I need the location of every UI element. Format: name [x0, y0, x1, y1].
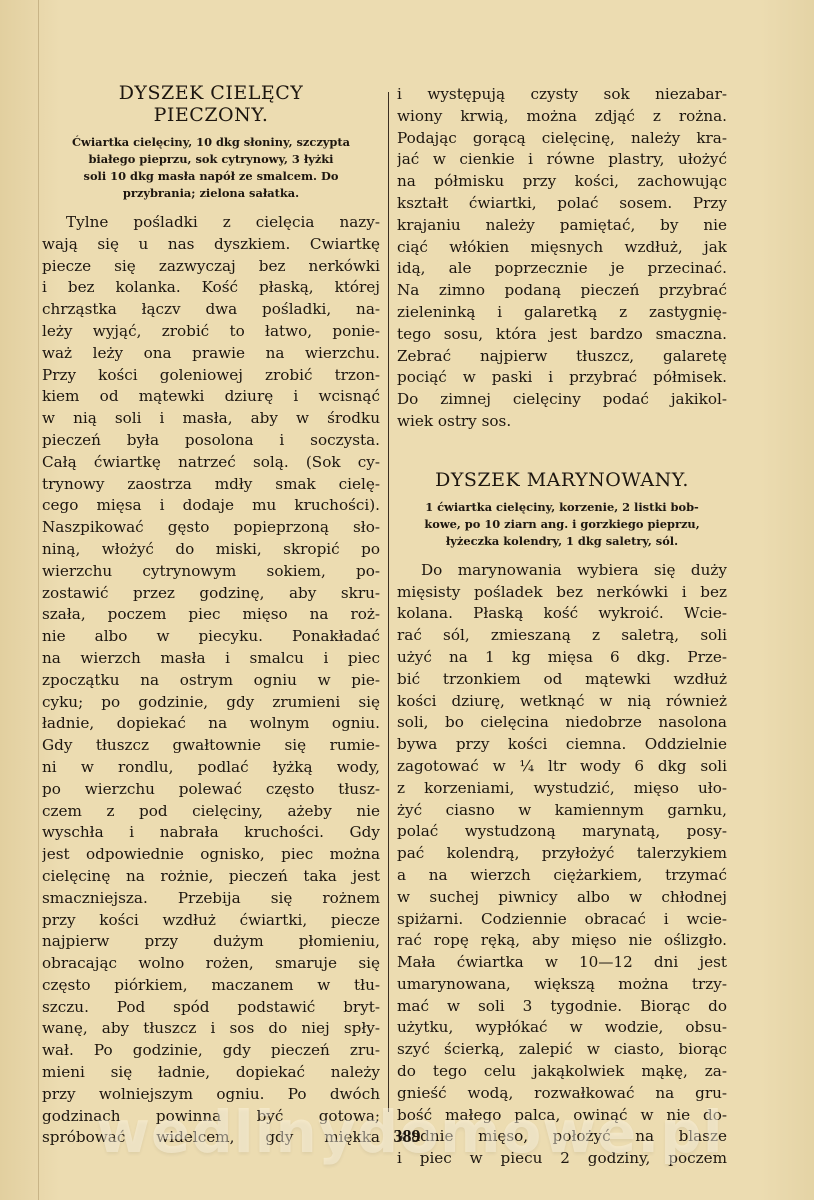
- text-line: na wierzch masła i smalcu i piec: [42, 648, 380, 670]
- text-line: krajaniu należy pamiętać, by nie: [397, 215, 727, 237]
- text-line: w suchej piwnicy albo w chłodnej: [397, 887, 727, 909]
- text-line: pieczeń była posolona i soczysta.: [42, 430, 380, 452]
- text-line: ciąć włókien mięsnych wzdłuż, jak: [397, 237, 727, 259]
- text-line: godzinach powinna być gotowa;: [42, 1106, 380, 1128]
- text-line: kości dziurę, wetknąć w nią również: [397, 691, 727, 713]
- text-line: Tylne pośladki z cielęcia nazy-: [42, 212, 380, 234]
- text-line: Całą ćwiartkę natrzeć solą. (Sok cy-: [42, 452, 380, 474]
- text-line: czem z pod cielęciny, ażeby nie: [42, 801, 380, 823]
- recipe-1-title: DYSZEK CIELĘCY PIECZONY.: [42, 82, 380, 126]
- text-line: żyć ciasno w kamiennym garnku,: [397, 800, 727, 822]
- recipe-1-body: Tylne pośladki z cielęcia nazy-wają się …: [42, 212, 380, 1149]
- recipe-1-title-line-1: DYSZEK CIELĘCY: [119, 82, 304, 104]
- text-line: obracając wolno rożen, smaruje się: [42, 953, 380, 975]
- recipe-1-continuation: i występują czysty sok niezabar-wiony kr…: [397, 84, 727, 433]
- text-line: chrząstka łączv dwa pośladki, na-: [42, 299, 380, 321]
- page-fold-line: [38, 0, 39, 1200]
- text-line: przy wolniejszym ogniu. Po dwóch: [42, 1084, 380, 1106]
- text-line: spiżarni. Codziennie obracać i wcie-: [397, 909, 727, 931]
- text-line: bić trzonkiem od mątewki wzdłuż: [397, 669, 727, 691]
- left-column: DYSZEK CIELĘCY PIECZONY. Ćwiartka cielęc…: [42, 82, 380, 1149]
- text-line: Przy kości goleniowej zrobić trzon-: [42, 365, 380, 387]
- ingredients-line: łyżeczka kolendry, 1 dkg saletry, sól.: [397, 533, 727, 550]
- text-line: trynowy zaostrza mdły smak cielę-: [42, 474, 380, 496]
- right-column: i występują czysty sok niezabar-wiony kr…: [397, 84, 727, 1170]
- text-line: kolana. Płaską kość wykroić. Wcie-: [397, 603, 727, 625]
- text-line: wiony krwią, można zdjąć z rożna.: [397, 106, 727, 128]
- text-line: zagotować w ¼ ltr wody 6 dkg soli: [397, 756, 727, 778]
- text-line: gnieść wodą, rozwałkować na gru-: [397, 1083, 727, 1105]
- ingredients-line: soli 10 dkg masła napół ze smalcem. Do: [42, 168, 380, 185]
- text-line: wierzchu cytrynowym sokiem, po-: [42, 561, 380, 583]
- text-line: cyku; po godzinie, gdy zrumieni się: [42, 692, 380, 714]
- text-line: ni w rondlu, podlać łyżką wody,: [42, 757, 380, 779]
- text-line: kiem od mątewki dziurę i wcisnąć: [42, 386, 380, 408]
- text-line: Naszpikować gęsto popieprzoną sło-: [42, 517, 380, 539]
- text-line: jać w cienkie i równe plastry, ułożyć: [397, 149, 727, 171]
- ingredients-line: Ćwiartka cielęciny, 10 dkg słoniny, szcz…: [42, 134, 380, 151]
- ingredients-line: białego pieprzu, sok cytrynowy, 3 łyżki: [42, 151, 380, 168]
- text-line: zpoczątku na ostrym ogniu w pie-: [42, 670, 380, 692]
- text-line: użyć na 1 kg mięsa 6 dkg. Prze-: [397, 647, 727, 669]
- text-line: Na zimno podaną pieczeń przybrać: [397, 280, 727, 302]
- text-line: szyć ścierką, zalepić w ciasto, biorąc: [397, 1039, 727, 1061]
- text-line: nie albo w piecyku. Ponakładać: [42, 626, 380, 648]
- text-line: z korzeniami, wystudzić, mięso uło-: [397, 778, 727, 800]
- text-line: na półmisku przy kości, zachowując: [397, 171, 727, 193]
- text-line: rać ropę ręką, aby mięso nie oślizgło.: [397, 930, 727, 952]
- text-line: tego sosu, która jest bardzo smaczna.: [397, 324, 727, 346]
- text-line: a na wierzch ciężarkiem, trzymać: [397, 865, 727, 887]
- text-line: piecze się zazwyczaj bez nerkówki: [42, 256, 380, 278]
- recipe-2-title: DYSZEK MARYNOWANY.: [397, 469, 727, 491]
- text-line: mięsisty pośladek bez nerkówki i bez: [397, 582, 727, 604]
- recipe-2-body: Do marynowania wybiera się dużymięsisty …: [397, 560, 727, 1170]
- text-line: w nią soli i masła, aby w środku: [42, 408, 380, 430]
- text-line: wyschła i nabrała kruchości. Gdy: [42, 822, 380, 844]
- text-line: pociąć w paski i przybrać półmisek.: [397, 367, 727, 389]
- text-line: wiek ostry sos.: [397, 411, 727, 433]
- column-divider: [388, 92, 389, 1112]
- text-line: i występują czysty sok niezabar-: [397, 84, 727, 106]
- text-line: zostawić przez godzinę, aby skru-: [42, 583, 380, 605]
- text-line: wał. Po godzinie, gdy pieczeń zru-: [42, 1040, 380, 1062]
- text-line: zieleninką i galaretką z zastygnię-: [397, 302, 727, 324]
- text-line: użytku, wypłókać w wodzie, obsu-: [397, 1017, 727, 1039]
- text-line: umarynowana, większą można trzy-: [397, 974, 727, 996]
- text-line: cego mięsa i dodaje mu kruchości).: [42, 495, 380, 517]
- text-line: cielęcinę na rożnie, pieczeń taka jest: [42, 866, 380, 888]
- text-line: ładnie, dopiekać na wolnym ogniu.: [42, 713, 380, 735]
- text-line: i piec w piecu 2 godziny, poczem: [397, 1148, 727, 1170]
- text-line: idą, ale poprzecznie je przecinać.: [397, 258, 727, 280]
- text-line: najpierw przy dużym płomieniu,: [42, 931, 380, 953]
- text-line: kształt ćwiartki, polać sosem. Przy: [397, 193, 727, 215]
- recipe-2-ingredients: 1 ćwiartka cielęciny, korzenie, 2 listki…: [397, 499, 727, 550]
- text-line: Podając gorącą cielęcinę, należy kra-: [397, 128, 727, 150]
- text-line: i bez kolanka. Kość płaską, której: [42, 277, 380, 299]
- recipe-1-ingredients: Ćwiartka cielęciny, 10 dkg słoniny, szcz…: [42, 134, 380, 202]
- text-line: polać wystudzoną marynatą, posy-: [397, 821, 727, 843]
- text-line: wanę, aby tłuszcz i sos do niej spły-: [42, 1018, 380, 1040]
- text-line: przy kości wzdłuż ćwiartki, piecze: [42, 910, 380, 932]
- text-line: Gdy tłuszcz gwałtownie się rumie-: [42, 735, 380, 757]
- text-line: soli, bo cielęcina niedobrze nasolona: [397, 712, 727, 734]
- text-line: bywa przy kości ciemna. Oddzielnie: [397, 734, 727, 756]
- ingredients-line: 1 ćwiartka cielęciny, korzenie, 2 listki…: [397, 499, 727, 516]
- text-line: Do marynowania wybiera się duży: [397, 560, 727, 582]
- text-line: mieni się ładnie, dopiekać należy: [42, 1062, 380, 1084]
- text-line: rać sól, zmieszaną z saletrą, soli: [397, 625, 727, 647]
- text-line: często piórkiem, maczanem w tłu-: [42, 975, 380, 997]
- text-line: mać w soli 3 tygodnie. Biorąc do: [397, 996, 727, 1018]
- text-line: po wierzchu polewać często tłusz-: [42, 779, 380, 801]
- text-line: pać kolendrą, przyłożyć talerzykiem: [397, 843, 727, 865]
- text-line: wają się u nas dyszkiem. Cwiartkę: [42, 234, 380, 256]
- text-line: do tego celu jakąkolwiek mąkę, za-: [397, 1061, 727, 1083]
- recipe-1-title-line-2: PIECZONY.: [154, 104, 269, 126]
- text-line: waż leży ona prawie na wierzchu.: [42, 343, 380, 365]
- text-line: jest odpowiednie ognisko, piec można: [42, 844, 380, 866]
- text-line: Do zimnej cielęciny podać jakikol-: [397, 389, 727, 411]
- text-line: niną, włożyć do miski, skropić po: [42, 539, 380, 561]
- book-page: DYSZEK CIELĘCY PIECZONY. Ćwiartka cielęc…: [0, 0, 814, 1200]
- text-line: szała, poczem piec mięso na roż-: [42, 604, 380, 626]
- ingredients-line: przybrania; zielona sałatka.: [42, 185, 380, 202]
- text-line: Mała ćwiartka w 10—12 dni jest: [397, 952, 727, 974]
- text-line: smaczniejsza. Przebija się rożnem: [42, 888, 380, 910]
- text-line: leży wyjąć, zrobić to łatwo, ponie-: [42, 321, 380, 343]
- text-line: bość małego palca, owinąć w nie do-: [397, 1105, 727, 1127]
- ingredients-line: kowe, po 10 ziarn ang. i gorzkiego piepr…: [397, 516, 727, 533]
- page-number: 389: [0, 1126, 814, 1147]
- text-line: szczu. Pod spód podstawić bryt-: [42, 997, 380, 1019]
- text-line: Zebrać najpierw tłuszcz, galaretę: [397, 346, 727, 368]
